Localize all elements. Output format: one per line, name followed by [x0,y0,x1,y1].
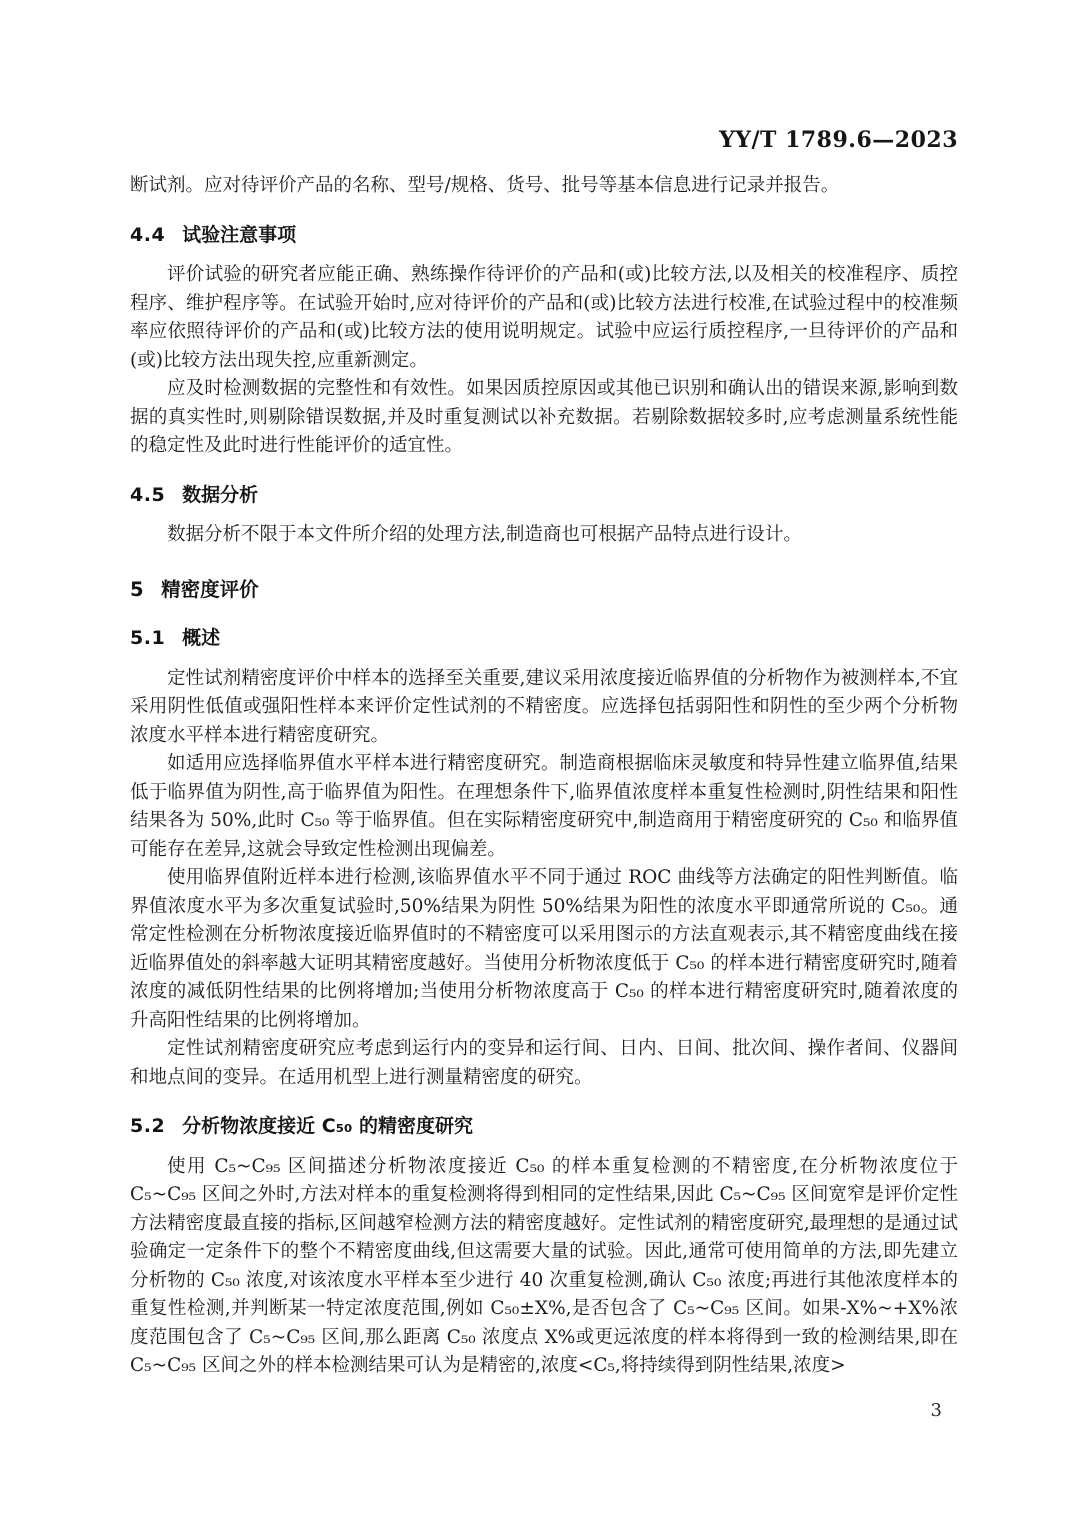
section-5-2-number: 5.2 [130,1115,165,1137]
standard-number: YY/T 1789.6—2023 [719,127,958,153]
section-4-4-heading: 4.4试验注意事项 [130,221,958,250]
section-5-1-heading: 5.1概述 [130,624,958,653]
page-number: 3 [931,1400,942,1421]
page-footer: 3 [931,1400,942,1421]
section-4-5-heading: 4.5数据分析 [130,481,958,510]
document-body: 断试剂。应对待评价产品的名称、型号/规格、货号、批号等基本信息进行记录并报告。 … [130,172,958,1381]
section-5-1-title: 概述 [182,627,220,649]
document-page: YY/T 1789.6—2023 断试剂。应对待评价产品的名称、型号/规格、货号… [0,0,1080,1527]
paragraph: 数据分析不限于本文件所介绍的处理方法,制造商也可根据产品特点进行设计。 [130,521,958,550]
section-4-4-title: 试验注意事项 [182,224,296,246]
section-5-1-number: 5.1 [130,627,165,649]
clause-5-title: 精密度评价 [161,578,259,601]
clause-5-heading: 5精密度评价 [130,576,958,605]
section-5-2-title: 分析物浓度接近 C₅₀ 的精密度研究 [182,1115,473,1137]
section-5-2-heading: 5.2分析物浓度接近 C₅₀ 的精密度研究 [130,1112,958,1141]
section-4-4-number: 4.4 [130,224,165,246]
paragraph: 定性试剂精密度研究应考虑到运行内的变异和运行间、日内、日间、批次间、操作者间、仪… [130,1035,958,1092]
section-4-5-number: 4.5 [130,484,165,506]
page-header: YY/T 1789.6—2023 [130,128,958,152]
clause-5-number: 5 [130,578,144,601]
paragraph: 使用临界值附近样本进行检测,该临界值水平不同于通过 ROC 曲线等方法确定的阳性… [130,864,958,1035]
paragraph: 评价试验的研究者应能正确、熟练操作待评价的产品和(或)比较方法,以及相关的校准程… [130,261,958,375]
continuation-paragraph: 断试剂。应对待评价产品的名称、型号/规格、货号、批号等基本信息进行记录并报告。 [130,172,958,201]
paragraph: 使用 C₅~C₉₅ 区间描述分析物浓度接近 C₅₀ 的样本重复检测的不精密度,在… [130,1153,958,1381]
section-4-5-title: 数据分析 [182,484,258,506]
paragraph: 如适用应选择临界值水平样本进行精密度研究。制造商根据临床灵敏度和特异性建立临界值… [130,750,958,864]
paragraph: 定性试剂精密度评价中样本的选择至关重要,建议采用浓度接近临界值的分析物作为被测样… [130,665,958,751]
paragraph: 应及时检测数据的完整性和有效性。如果因质控原因或其他已识别和确认出的错误来源,影… [130,375,958,461]
